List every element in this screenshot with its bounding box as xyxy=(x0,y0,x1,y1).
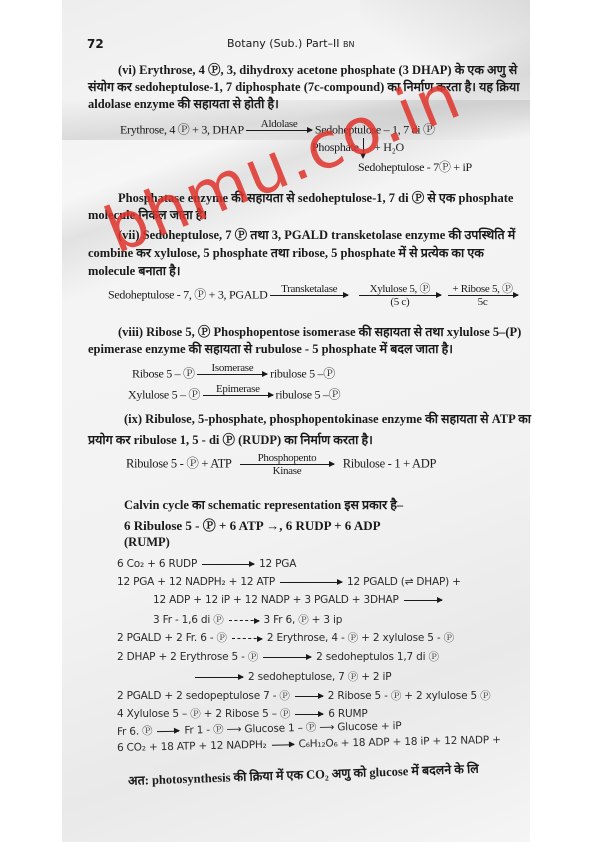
reaction-arrow: Transketalase xyxy=(270,283,348,308)
para-ix-line1: (ix) Ribulose, 5-phosphate, phosphopento… xyxy=(124,410,531,427)
scheme-arrow xyxy=(295,714,323,715)
para-ix-line2: प्रयोग कर ribulose 1, 5 - di Ⓟ (RUDP) का… xyxy=(88,430,373,448)
arrow-shaft xyxy=(232,638,262,639)
scheme-right: 12 PGA xyxy=(259,558,296,570)
arrow-shaft xyxy=(404,600,442,601)
arrow-shaft xyxy=(263,657,311,658)
para-viii-line2: epimerase enzyme की सहायता से rubulose -… xyxy=(88,340,453,357)
reaction-arrow: Aldolase xyxy=(246,118,312,143)
reaction-product: Ribulose - 1 + ADP xyxy=(343,456,436,470)
para-vi-line3: aldolase enzyme की सहायता से होती है। xyxy=(88,95,279,112)
arrow-shaft xyxy=(202,564,254,565)
scheme-row: 12 ADP + 12 iP + 12 NADP + 3 PGALD + 3DH… xyxy=(153,594,447,606)
arrow-shaft xyxy=(197,374,267,375)
para-vii-line2: combine कर xylulose, 5 phosphate तथा rib… xyxy=(88,244,484,261)
scheme-left: 2 PGALD + 2 sedopeptulose 7 - Ⓟ xyxy=(117,690,290,702)
para-phosphatase-line1: Phosphatase enzyme की सहायता से sedohept… xyxy=(118,188,513,206)
reaction-reactants: Xylulose 5 – Ⓟ xyxy=(128,387,200,401)
scheme-arrow xyxy=(202,564,254,565)
scheme-row: 3 Fr - 1,6 di Ⓟ3 Fr 6, Ⓟ + 3 ip xyxy=(153,612,342,627)
arrow-shaft xyxy=(295,696,323,697)
enzyme-label: Transketalase xyxy=(270,283,348,295)
running-title-text: Botany (Sub.) Part–II xyxy=(227,37,340,50)
enzyme-label: Aldolase xyxy=(246,118,312,130)
enzyme-label: Epimerase xyxy=(203,383,273,395)
arrow-shaft xyxy=(203,395,273,396)
scheme-left: 3 Fr - 1,6 di Ⓟ xyxy=(153,614,224,626)
down-arrow-icon xyxy=(363,138,364,155)
water-label: + H₂O xyxy=(374,140,404,154)
scheme-row: 2 DHAP + 2 Erythrose 5 - Ⓟ2 sedoheptulos… xyxy=(117,649,439,664)
scheme-row: 2 PGALD + 2 sedopeptulose 7 - Ⓟ2 Ribose … xyxy=(117,688,490,703)
para-vii-line3: molecule बनाता है। xyxy=(88,262,181,279)
reaction-arrow: Xylulose 5, Ⓟ (5 c) xyxy=(359,283,441,308)
para-viii-line1: (viii) Ribose 5, Ⓟ Phosphopentose isomer… xyxy=(118,322,521,340)
product-ribose: + Ribose 5, Ⓟ xyxy=(448,283,518,295)
enzyme-label: Kinase xyxy=(240,465,334,477)
scheme-right: 2 Ribose 5 - Ⓟ + 2 xylulose 5 Ⓟ xyxy=(328,690,491,702)
scheme-arrow xyxy=(404,600,442,601)
arrow-shaft xyxy=(359,295,441,296)
reaction-kinase: Ribulose 5 - Ⓟ + ATP Phosphopento Kinase… xyxy=(126,452,436,477)
product-carbon-count: 5c xyxy=(448,296,518,308)
product-xylulose: Xylulose 5, Ⓟ xyxy=(359,283,441,295)
reaction-product: ribulose 5 –Ⓟ xyxy=(270,366,335,380)
calvin-intro: Calvin cycle का schematic representation… xyxy=(124,496,403,513)
arrow-shaft xyxy=(272,744,294,745)
para-vii-line1: (vii) Sedoheptulose, 7 Ⓟ तथा 3, PGALD tr… xyxy=(118,225,515,243)
reaction-side-label: Phosphate + H₂O xyxy=(312,140,404,155)
scheme-arrow xyxy=(263,657,311,658)
reaction-epimerase: Xylulose 5 – Ⓟ Epimerase ribulose 5 –Ⓟ xyxy=(128,383,340,408)
scheme-row: 2 PGALD + 2 Fr. 6 - Ⓟ2 Erythrose, 4 - Ⓟ … xyxy=(117,630,454,645)
arrow-shaft xyxy=(157,730,179,731)
scheme-row: 2 sedoheptulose, 7 Ⓟ + 2 iP xyxy=(190,669,391,684)
reaction-reactants: Sedoheptulose - 7, Ⓟ + 3, PGALD xyxy=(108,287,267,301)
scheme-left: 12 ADP + 12 iP + 12 NADP + 3 PGALD + 3DH… xyxy=(153,594,399,606)
reaction-product: Sedoheptulose – 1, 7 di Ⓟ xyxy=(315,122,435,136)
scheme-arrow xyxy=(229,620,259,621)
scheme-arrow xyxy=(157,730,179,731)
scheme-right: 2 sedoheptulose, 7 Ⓟ + 2 iP xyxy=(248,671,391,683)
scheme-arrow xyxy=(280,582,342,583)
reaction-arrow: Epimerase xyxy=(203,383,273,408)
arrow-shaft xyxy=(240,464,334,465)
running-title-suffix: BN xyxy=(343,40,354,49)
scheme-arrow xyxy=(295,696,323,697)
scheme-right: 2 Erythrose, 4 - Ⓟ + 2 xylulose 5 - Ⓟ xyxy=(267,632,454,644)
scheme-right: 12 PGALD (⇌ DHAP) + xyxy=(347,576,461,588)
arrow-shaft xyxy=(246,130,312,131)
scheme-right: 2 sedoheptulos 1,7 di Ⓟ xyxy=(316,651,439,663)
enzyme-label: Phosphopento xyxy=(240,452,334,464)
calvin-equation: 6 Ribulose 5 - Ⓟ + 6 ATP →, 6 RUDP + 6 A… xyxy=(124,515,381,534)
page-number: 72 xyxy=(87,37,104,51)
reaction-reactants: Ribose 5 – Ⓟ xyxy=(132,366,195,380)
phosphate-label: Phosphate xyxy=(312,140,359,154)
para-phosphatase-line2: molecule निकल जाता है। xyxy=(88,206,207,223)
scheme-row: 6 Co₂ + 6 RUDP12 PGA xyxy=(117,558,296,570)
para-vi-line1: (vi) Erythrose, 4 Ⓟ, 3, dihydroxy aceton… xyxy=(118,60,517,78)
arrow-shaft xyxy=(195,677,243,678)
reaction-transketolase: Sedoheptulose - 7, Ⓟ + 3, PGALD Transket… xyxy=(108,283,518,308)
reaction-product: ribulose 5 –Ⓟ xyxy=(276,387,341,401)
scheme-arrow xyxy=(232,638,262,639)
arrow-shaft xyxy=(280,582,342,583)
scheme-left: 4 Xylulose 5 – Ⓟ + 2 Ribose 5 – Ⓟ xyxy=(117,708,290,720)
scheme-left: 12 PGA + 12 NADPH₂ + 12 ATP xyxy=(117,576,275,588)
reaction-arrow: Phosphopento Kinase xyxy=(240,452,334,477)
reaction-arrow: + Ribose 5, Ⓟ 5c xyxy=(448,283,518,308)
scheme-left: 2 PGALD + 2 Fr. 6 - Ⓟ xyxy=(117,632,227,644)
arrow-shaft xyxy=(295,714,323,715)
scheme-right: 3 Fr 6, Ⓟ + 3 ip xyxy=(264,614,343,626)
enzyme-label: Isomerase xyxy=(197,362,267,374)
scheme-left: 6 Co₂ + 6 RUDP xyxy=(117,558,197,570)
para-vi-line2: संयोग कर sedoheptulose-1, 7 diphosphate … xyxy=(88,78,519,95)
arrow-shaft xyxy=(270,295,348,296)
reaction-reactants: Erythrose, 4 Ⓟ + 3, DHAP xyxy=(120,122,243,136)
scheme-left: 2 DHAP + 2 Erythrose 5 - Ⓟ xyxy=(117,651,258,663)
product-carbon-count: (5 c) xyxy=(359,296,441,308)
scheme-row: 12 PGA + 12 NADPH₂ + 12 ATP12 PGALD (⇌ D… xyxy=(117,576,461,588)
rump-label: (RUMP) xyxy=(124,535,170,550)
reaction-final: Sedoheptulose - 7Ⓟ + iP xyxy=(358,158,472,175)
arrow-shaft xyxy=(448,295,518,296)
scheme-left: Fr 6. Ⓟ xyxy=(117,725,153,738)
scheme-arrow xyxy=(272,744,294,745)
arrow-shaft xyxy=(229,620,259,621)
scheme-arrow xyxy=(195,677,243,678)
reaction-reactants: Ribulose 5 - Ⓟ + ATP xyxy=(126,456,231,470)
running-title: Botany (Sub.) Part–II BN xyxy=(227,37,355,50)
